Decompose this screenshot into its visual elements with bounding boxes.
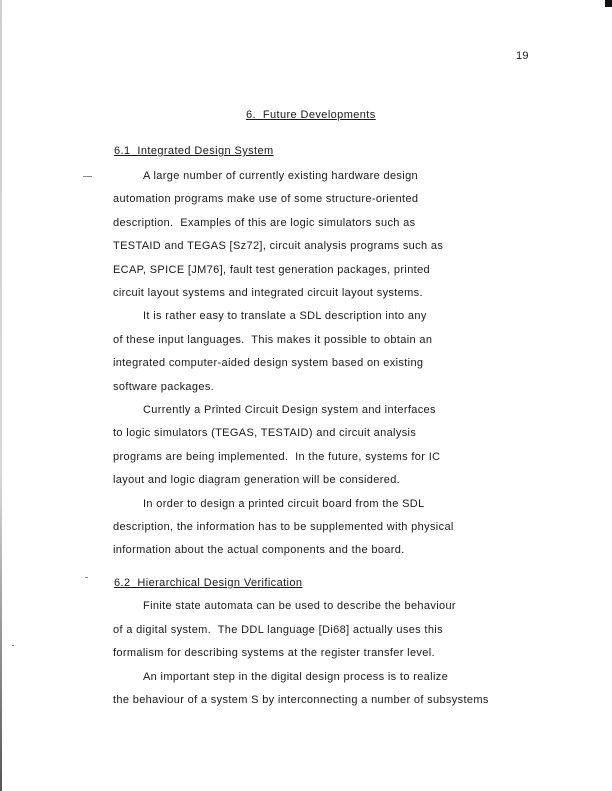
text-line: description, the information has to be s…	[113, 521, 454, 533]
text-line: software packages.	[113, 381, 214, 393]
text-line: to logic simulators (TEGAS, TESTAID) and…	[113, 427, 416, 439]
text-line: An important step in the digital design …	[143, 671, 448, 683]
text-line: of a digital system. The DDL language [D…	[113, 624, 443, 636]
text-line: Finite state automata can be used to des…	[143, 600, 456, 612]
text-line: TESTAID and TEGAS [Sz72], circuit analys…	[113, 240, 443, 252]
text-line: It is rather easy to translate a SDL des…	[143, 310, 427, 322]
text-line: of these input languages. This makes it …	[113, 334, 432, 346]
text-line: description. Examples of this are logic …	[113, 217, 416, 229]
text-line: integrated computer-aided design system …	[113, 357, 423, 369]
margin-mark	[83, 176, 92, 177]
text-line: In order to design a printed circuit boa…	[143, 498, 425, 510]
margin-mark	[12, 645, 14, 646]
margin-mark	[85, 577, 88, 578]
text-line: information about the actual components …	[113, 544, 405, 556]
chapter-title: 6. Future Developments	[246, 109, 376, 121]
section-title: 6.1 Integrated Design System	[114, 145, 274, 157]
text-line: A large number of currently existing har…	[143, 170, 418, 182]
text-line: Currently a Printed Circuit Design syste…	[143, 404, 436, 416]
page-number: 19	[516, 50, 529, 62]
text-line: the behaviour of a system S by interconn…	[113, 694, 489, 706]
text-line: circuit layout systems and integrated ci…	[113, 287, 423, 299]
document-page: 19 6. Future Developments 6.1 Integrated…	[0, 0, 612, 791]
text-line: layout and logic diagram generation will…	[113, 474, 400, 486]
scan-corner-mark	[605, 0, 612, 7]
text-line: ECAP, SPICE [JM76], fault test generatio…	[113, 264, 430, 276]
text-line: automation programs make use of some str…	[113, 193, 418, 205]
scan-edge-line	[0, 0, 2, 791]
section-title: 6.2 Hierarchical Design Verification	[114, 577, 302, 589]
text-line: formalism for describing systems at the …	[113, 647, 435, 659]
text-line: programs are being implemented. In the f…	[113, 451, 440, 463]
